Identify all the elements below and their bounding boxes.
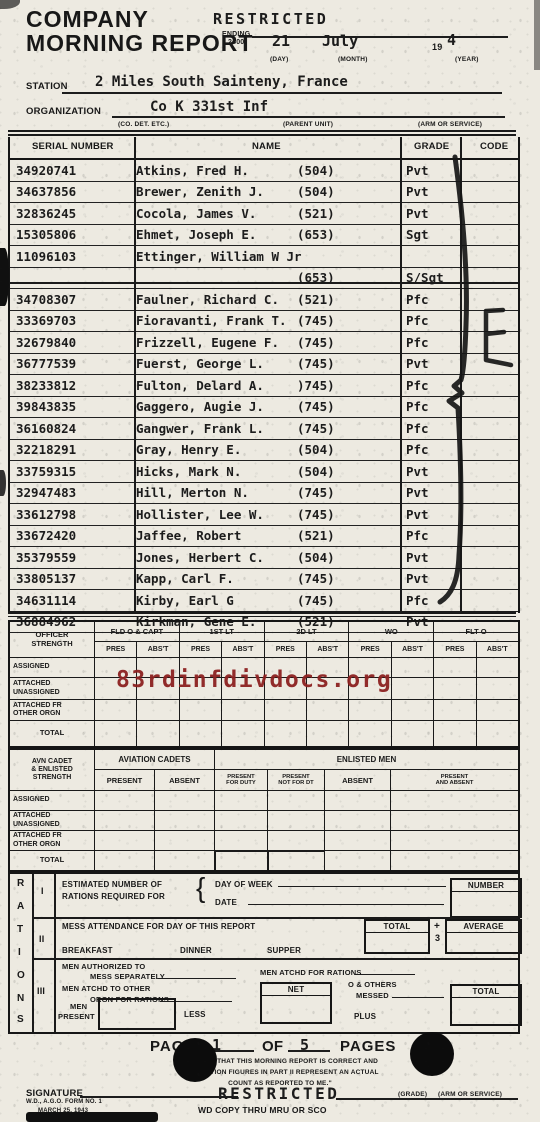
column-header-serial: SERIAL NUMBER <box>32 141 114 152</box>
mos-number-cell: (745) <box>297 335 335 350</box>
row-label-attached-fr-other: ATTACHED FROTHER ORGN <box>10 830 94 850</box>
mos-number-cell: (745) <box>297 485 335 500</box>
cell <box>433 657 475 677</box>
net-box: NET <box>260 982 332 1024</box>
month-sublabel: (MONTH) <box>338 56 368 63</box>
name-cell: Jaffee, Robert <box>136 528 241 543</box>
mos-number-cell: (745) <box>297 571 335 586</box>
arm-service-sublabel: (ARM OR SERVICE) <box>438 1091 502 1098</box>
total-box-2-label: TOTAL <box>452 986 520 998</box>
cell <box>433 699 475 720</box>
scan-artifact <box>26 1112 158 1122</box>
name-cell: Hill, Merton N. <box>136 485 249 500</box>
sub-pres: PRES <box>179 641 221 657</box>
cell <box>221 720 263 746</box>
column-divider-serial-name <box>134 137 136 613</box>
name-cell: Fulton, Delard A. <box>136 378 264 393</box>
cell <box>476 720 518 746</box>
o-and-others-2: MESSED <box>356 991 389 1000</box>
mos-number-cell: (521) <box>297 528 335 543</box>
men-present-2: PRESENT <box>58 1012 95 1021</box>
name-cell: Gangwer, Frank L. <box>136 421 264 436</box>
men-authorized-1: MEN AUTHORIZED TO <box>62 962 145 971</box>
supper-label: SUPPER <box>267 946 301 955</box>
cell <box>390 790 518 810</box>
signature-line <box>80 1096 238 1098</box>
mos-number-cell: (745) <box>297 356 335 371</box>
mos-number-cell: (504) <box>297 550 335 565</box>
serial-cell: 32836245 <box>16 206 76 221</box>
form-number: W.D., A.G.O. FORM NO. 1 <box>26 1099 102 1105</box>
date-label: DATE <box>215 898 237 907</box>
cell <box>214 850 267 870</box>
cell <box>476 677 518 699</box>
serial-cell: 33612798 <box>16 507 76 522</box>
cell <box>391 699 433 720</box>
date-line <box>248 904 444 905</box>
name-cell: Brewer, Zenith J. <box>136 184 264 199</box>
section-numeral-iii: III <box>37 986 45 996</box>
scan-artifact <box>0 248 9 306</box>
restricted-stamp-top: RESTRICTED <box>213 10 328 28</box>
cell <box>94 810 154 830</box>
cell <box>267 830 324 850</box>
group-2d-lt: 2D LT <box>264 622 349 641</box>
group-flt-o: FLT O <box>433 622 518 641</box>
cell <box>267 850 324 870</box>
cell <box>154 790 214 810</box>
column-header-name: NAME <box>252 141 281 152</box>
sub-present-and-absent: PRESENTAND ABSENT <box>390 769 518 790</box>
cell <box>214 830 267 850</box>
organization-underline <box>112 116 505 118</box>
double-rule-top-1 <box>8 130 516 132</box>
cell <box>306 720 348 746</box>
row-label-attached-unassigned: ATTACHEDUNASSIGNED <box>10 677 94 699</box>
name-cell: Fuerst, George L. <box>136 356 264 371</box>
date-day-value: 21 <box>272 32 290 50</box>
cell <box>324 810 390 830</box>
sub-present: PRESENT <box>94 769 154 790</box>
sub-pres: PRES <box>348 641 390 657</box>
serial-cell: 34920741 <box>16 163 76 178</box>
sub-pres: PRES <box>433 641 475 657</box>
cell <box>214 810 267 830</box>
date-month-value: July <box>322 32 358 50</box>
watermark-text: 83rdinfdivdocs.org <box>116 667 392 693</box>
men-atchd-other-1: MEN ATCHD TO OTHER <box>62 984 150 993</box>
row-label-total: TOTAL <box>10 720 94 746</box>
name-cell: Hicks, Mark N. <box>136 464 241 479</box>
men-authorized-2: MESS SEPARATELY <box>90 972 165 981</box>
serial-cell: 11096103 <box>16 249 76 264</box>
serial-cell: 33805137 <box>16 571 76 586</box>
row-label-total: TOTAL <box>10 850 94 870</box>
scan-artifact <box>0 0 20 9</box>
name-cell: Hollister, Lee W. <box>136 507 264 522</box>
rations-letter: I <box>18 947 21 958</box>
serial-cell: 32947483 <box>16 485 76 500</box>
sub-abst: ABS'T <box>306 641 348 657</box>
mos-number-cell: (521) <box>297 206 335 221</box>
cell <box>433 720 475 746</box>
station-underline <box>62 92 502 94</box>
rations-letter: N <box>17 993 24 1004</box>
pages-total-line <box>288 1050 330 1052</box>
name-cell: Gray, Henry E. <box>136 442 241 457</box>
mess-attendance-label: MESS ATTENDANCE FOR DAY OF THIS REPORT <box>62 922 255 931</box>
sub-pres: PRES <box>264 641 306 657</box>
total-box-label: TOTAL <box>366 921 428 933</box>
cell <box>94 790 154 810</box>
cell <box>179 720 221 746</box>
org-sublabel-right: (ARM OR SERVICE) <box>418 121 482 128</box>
org-sublabel-mid: (PARENT UNIT) <box>283 121 333 128</box>
group-enlisted-men: ENLISTED MEN <box>214 750 518 769</box>
serial-cell: 32218291 <box>16 442 76 457</box>
cell <box>391 677 433 699</box>
cell <box>324 790 390 810</box>
rations-letter: A <box>17 901 24 912</box>
serial-cell: 15305806 <box>16 227 76 242</box>
plus-sign: + <box>434 921 440 932</box>
name-cell: Kapp, Carl F. <box>136 571 234 586</box>
rations-letter: T <box>17 924 23 935</box>
station-label: STATION <box>26 81 68 92</box>
year-sublabel: (YEAR) <box>455 56 479 63</box>
name-cell: Frizzell, Eugene F. <box>136 335 279 350</box>
mos-number-cell: (745) <box>297 313 335 328</box>
serial-cell: 36160824 <box>16 421 76 436</box>
rations-vline-2 <box>54 874 56 1032</box>
signature-label: SIGNATURE <box>26 1088 83 1099</box>
form-title-line1: COMPANY <box>26 6 149 33</box>
cell <box>154 850 214 870</box>
brace: { <box>196 872 206 904</box>
group-1st-lt: 1ST LT <box>179 622 264 641</box>
number-box-label: NUMBER <box>452 880 520 892</box>
cell <box>324 830 390 850</box>
rations-letter: R <box>17 878 24 889</box>
mos-number-cell: (745) <box>297 399 335 414</box>
serial-cell: 33369703 <box>16 313 76 328</box>
cell <box>476 699 518 720</box>
cell <box>391 657 433 677</box>
serial-cell: 33759315 <box>16 464 76 479</box>
mos-number-cell: (504) <box>297 184 335 199</box>
enlisted-strength-table: AVN CADET& ENLISTEDSTRENGTH AVIATION CAD… <box>8 748 520 872</box>
messed-line <box>392 997 444 998</box>
cell <box>94 720 136 746</box>
org-sublabel-left: (CO. DET. ETC.) <box>118 121 169 128</box>
day-of-week-line <box>278 886 446 887</box>
section-numeral-ii: II <box>39 934 44 944</box>
serial-cell: 34637856 <box>16 184 76 199</box>
less-label: LESS <box>184 1010 206 1019</box>
mos-number-cell: (504) <box>297 464 335 479</box>
number-box: NUMBER <box>450 878 522 918</box>
handwritten-ink-bracket <box>425 145 525 620</box>
cell <box>154 830 214 850</box>
organization-value: Co K 331st Inf <box>150 99 268 115</box>
year-printed: 19 <box>432 42 442 52</box>
atchd-for-line <box>355 974 415 975</box>
rations-vline-1 <box>32 874 34 1032</box>
copy-routing-line: WD COPY THRU MRU OR SCO <box>198 1105 327 1115</box>
dinner-label: DINNER <box>180 946 212 955</box>
total-box: TOTAL <box>364 919 430 954</box>
average-box-label: AVERAGE <box>447 921 520 933</box>
group-wo: WO <box>348 622 433 641</box>
mos-number-cell: (504) <box>297 163 335 178</box>
sub-present-not-for-dt: PRESENTNOT FOR DT <box>267 769 324 790</box>
day-sublabel: (DAY) <box>270 56 288 63</box>
section-numeral-i: I <box>41 886 44 896</box>
serial-cell: 35379559 <box>16 550 76 565</box>
cell <box>306 699 348 720</box>
station-value: 2 Miles South Sainteny, France <box>95 74 348 90</box>
serial-cell: 34631114 <box>16 593 76 608</box>
name-cell: Cocola, James V. <box>136 206 256 221</box>
sub-abst: ABS'T <box>391 641 433 657</box>
officer-strength-title: OFFICERSTRENGTH <box>10 622 94 657</box>
cell <box>390 850 518 870</box>
cell <box>267 790 324 810</box>
o-and-others-1: O & OTHERS <box>348 980 397 989</box>
total-box-2: TOTAL <box>450 984 522 1026</box>
of-label: OF <box>262 1038 283 1055</box>
row-label-attached-fr-other: ATTACHED FROTHER ORGN <box>10 699 94 720</box>
name-cell: Atkins, Fred H. <box>136 163 249 178</box>
group-aviation-cadets: AVIATION CADETS <box>94 750 214 769</box>
sub-absent: ABSENT <box>154 769 214 790</box>
cell <box>154 810 214 830</box>
sub-abst: ABS'T <box>476 641 518 657</box>
row-label-assigned: ASSIGNED <box>10 657 94 677</box>
cell <box>348 720 390 746</box>
cell <box>264 720 306 746</box>
scan-artifact <box>534 0 540 70</box>
ending-2400-label: ENDING 2400 <box>222 31 250 46</box>
grade-sublabel: (GRADE) <box>398 1091 427 1098</box>
avn-strength-title: AVN CADET& ENLISTEDSTRENGTH <box>10 750 94 790</box>
serial-cell: 38233812 <box>16 378 76 393</box>
mos-number-cell: (653) <box>297 227 335 242</box>
pages-label: PAGES <box>340 1038 396 1055</box>
grade-line <box>336 1098 518 1100</box>
sec1-line1: ESTIMATED NUMBER OF <box>62 880 162 889</box>
mos-number-cell: (504) <box>297 442 335 457</box>
men-present-1: MEN <box>70 1002 87 1011</box>
organization-label: ORGANIZATION <box>26 106 101 117</box>
date-underline <box>252 36 428 38</box>
cell <box>221 699 263 720</box>
cell <box>94 850 154 870</box>
cell <box>214 790 267 810</box>
cell <box>476 657 518 677</box>
cell <box>94 830 154 850</box>
cell <box>179 699 221 720</box>
year-typed: 4 <box>447 31 456 49</box>
double-rule-top-2 <box>8 134 516 137</box>
name-cell: Faulner, Richard C. <box>136 292 279 307</box>
form-title-line2: MORNING REPORT <box>26 30 253 57</box>
mess-separately-line <box>158 978 236 979</box>
scan-artifact <box>0 470 6 496</box>
mos-number-cell: (745) <box>297 421 335 436</box>
sub-absent-enlisted: ABSENT <box>324 769 390 790</box>
serial-cell: 33672420 <box>16 528 76 543</box>
cell <box>264 699 306 720</box>
rations-section: R A T I O N S I II III ESTIMATED NUMBER … <box>8 872 520 1034</box>
cell <box>391 720 433 746</box>
rations-letter: O <box>17 970 25 981</box>
cell <box>324 850 390 870</box>
group-fldo-capt: FLD O & CAPT <box>94 622 179 641</box>
restricted-stamp-bottom: RESTRICTED <box>218 1084 339 1103</box>
average-box: AVERAGE <box>445 919 522 954</box>
mos-number-cell: (745) <box>297 593 335 608</box>
day-of-week-label: DAY OF WEEK <box>215 880 273 889</box>
mos-number-cell: )745) <box>297 378 335 393</box>
cell <box>390 810 518 830</box>
sec1-line2: RATIONS REQUIRED FOR <box>62 892 165 901</box>
name-cell: Gaggero, Augie J. <box>136 399 264 414</box>
breakfast-label: BREAKFAST <box>62 946 113 955</box>
name-cell: Kirby, Earl G <box>136 593 234 608</box>
rations-letter: S <box>17 1014 24 1025</box>
cell <box>136 699 178 720</box>
cell <box>136 720 178 746</box>
mos-number-cell: (521) <box>297 292 335 307</box>
sub-abst: ABS'T <box>221 641 263 657</box>
serial-cell: 34708307 <box>16 292 76 307</box>
name-cell: Ehmet, Joseph E. <box>136 227 256 242</box>
men-present-box <box>98 998 176 1030</box>
name-cell: Ettinger, William W Jr <box>136 249 302 264</box>
year-underline <box>428 36 508 38</box>
cell <box>390 830 518 850</box>
cell <box>94 699 136 720</box>
net-box-label: NET <box>262 984 330 996</box>
cell <box>267 810 324 830</box>
divisor-3: 3 <box>435 933 440 943</box>
plus-label: PLUS <box>354 1012 376 1021</box>
punch-hole-right <box>410 1032 454 1076</box>
cell <box>348 699 390 720</box>
morning-report-document: COMPANY RESTRICTED MORNING REPORT ENDING… <box>0 0 540 1122</box>
sub-present-for-duty: PRESENTFOR DUTY <box>214 769 267 790</box>
serial-cell: 36777539 <box>16 356 76 371</box>
cell <box>433 677 475 699</box>
column-divider-name-grade <box>400 137 402 613</box>
serial-cell: 32679840 <box>16 335 76 350</box>
men-atchd-for-rations: MEN ATCHD FOR RATIONS <box>260 968 362 977</box>
row-label-assigned: ASSIGNED <box>10 790 94 810</box>
row-label-attached-unassigned: ATTACHEDUNASSIGNED <box>10 810 94 830</box>
sub-pres: PRES <box>94 641 136 657</box>
sub-abst: ABS'T <box>136 641 178 657</box>
punch-hole-left <box>173 1038 217 1082</box>
name-cell: Fioravanti, Frank T. <box>136 313 287 328</box>
mos-number-cell: (745) <box>297 507 335 522</box>
serial-cell: 39843835 <box>16 399 76 414</box>
rations-divider-2 <box>32 958 518 960</box>
name-cell: Jones, Herbert C. <box>136 550 264 565</box>
